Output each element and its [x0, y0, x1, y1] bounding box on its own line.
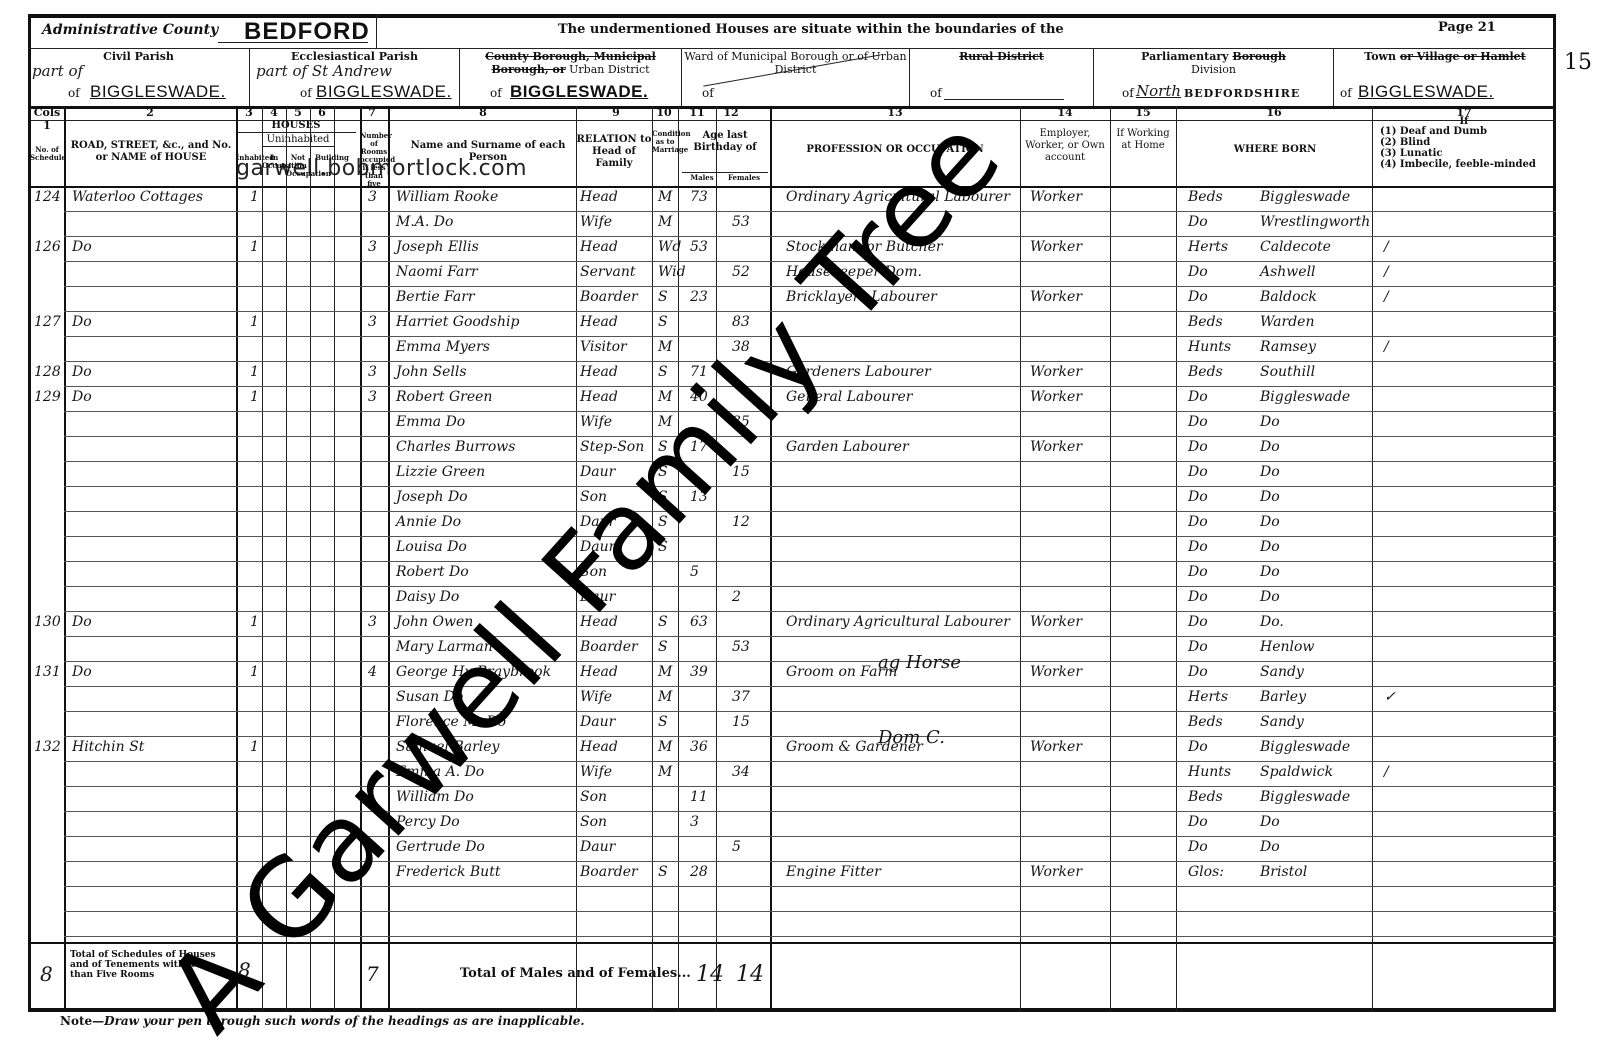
admin-county-box: Administrative County BEDFORD	[28, 14, 377, 48]
infirmity-option: (3) Lunatic	[1380, 148, 1536, 159]
heading-schedule: No. of Schedule	[30, 146, 64, 162]
born-county: Beds	[1188, 364, 1223, 380]
infirmity-mark: /	[1384, 764, 1389, 780]
col-num: 10	[652, 106, 676, 119]
employer-status: Worker	[1030, 364, 1082, 380]
relation: Son	[580, 814, 607, 830]
rooms-count: 3	[368, 189, 377, 205]
marital-condition: M	[658, 189, 672, 205]
heading-uninhabited: Uninhabited	[262, 134, 334, 147]
schedule-no: 126	[34, 239, 61, 255]
col-num: 16	[1176, 106, 1372, 119]
rooms-count: 4	[368, 664, 377, 680]
employer-status: Worker	[1030, 189, 1082, 205]
marital-condition: S	[658, 714, 668, 730]
infirmity-option: (2) Blind	[1380, 137, 1536, 148]
inhabited-count: 1	[250, 614, 259, 630]
urban-district-label-box: County Borough, Municipal Borough, or Ur…	[460, 50, 681, 76]
occupation: Ordinary Agricultural Labourer	[786, 614, 1010, 630]
rural-district-blank	[944, 99, 1064, 100]
table-row: Emma A. DoWifeM34HuntsSpaldwick/	[28, 764, 1556, 789]
person-name: William Rooke	[396, 189, 498, 205]
person-name: Annie Do	[396, 514, 461, 530]
intro-text: The undermentioned Houses are situate wi…	[558, 22, 1064, 37]
of-label: of	[1122, 86, 1134, 100]
male-age: 11	[690, 789, 708, 805]
born-county: Do	[1188, 539, 1208, 555]
age-divider	[682, 172, 768, 173]
born-county: Do	[1188, 489, 1208, 505]
born-county: Herts	[1188, 689, 1228, 705]
person-name: M.A. Do	[396, 214, 453, 230]
note-text: Draw your pen through such words of the …	[104, 1014, 584, 1028]
born-county: Glos:	[1188, 864, 1224, 880]
born-place: Biggleswade	[1260, 389, 1350, 405]
marital-condition: S	[658, 614, 668, 630]
ecclesiastical-parish: Ecclesiastical Parish part of St Andrew …	[250, 48, 460, 106]
female-age: 53	[732, 214, 750, 230]
road-name: Do	[72, 664, 92, 680]
male-age: 53	[690, 239, 708, 255]
born-place: Do	[1260, 514, 1280, 530]
admin-county-label: Administrative County	[42, 22, 218, 38]
col-num: 2	[64, 106, 236, 119]
relation: Head	[580, 389, 618, 405]
col-num: 5	[286, 106, 310, 119]
division-prefix: North	[1136, 82, 1181, 100]
civil-parish: Civil Parish part of of BIGGLESWADE.	[28, 48, 250, 106]
marital-condition: M	[658, 339, 672, 355]
side-folio-number: 15	[1564, 50, 1592, 75]
ward: Ward of Municipal Borough or of Urban Di…	[682, 48, 910, 106]
person-name: Joseph Do	[396, 489, 468, 505]
born-place: Henlow	[1260, 639, 1314, 655]
rural-district: Rural District of	[910, 48, 1094, 106]
civil-parish-prefix: part of	[32, 62, 83, 80]
marital-condition: M	[658, 764, 672, 780]
heading-employer: Employer, Worker, or Own account	[1022, 128, 1108, 164]
infirmity-mark: /	[1384, 339, 1389, 355]
relation: Head	[580, 739, 618, 755]
table-row: Charles BurrowsStep-SonS17Garden Laboure…	[28, 439, 1556, 464]
marital-condition: M	[658, 664, 672, 680]
col-num: 3	[236, 106, 262, 119]
born-county: Beds	[1188, 714, 1223, 730]
town-value: BIGGLESWADE.	[1358, 82, 1494, 102]
born-county: Beds	[1188, 314, 1223, 330]
road-name: Do	[72, 364, 92, 380]
col-num: 6	[310, 106, 334, 119]
born-place: Do	[1260, 839, 1280, 855]
table-row: Lizzie GreenDaurS15DoDo	[28, 464, 1556, 489]
person-name: Lizzie Green	[396, 464, 485, 480]
heading-infirmity: (1) Deaf and Dumb (2) Blind (3) Lunatic …	[1380, 126, 1536, 170]
born-place: Do	[1260, 589, 1280, 605]
total-females: 14	[736, 962, 764, 987]
person-name: Robert Do	[396, 564, 469, 580]
marital-condition: M	[658, 689, 672, 705]
civil-parish-value: BIGGLESWADE.	[90, 82, 226, 102]
born-county: Hunts	[1188, 764, 1231, 780]
relation: Son	[580, 789, 607, 805]
employer-status: Worker	[1030, 864, 1082, 880]
heading-houses: HOUSES	[236, 120, 356, 132]
female-age: 5	[732, 839, 741, 855]
urban-district-label: Urban District	[569, 63, 649, 76]
ecclesiastical-parish-value: BIGGLESWADE.	[316, 82, 452, 102]
born-county: Do	[1188, 739, 1208, 755]
schedule-no: 131	[34, 664, 61, 680]
division-value: BEDFORDSHIRE	[1184, 87, 1300, 100]
born-county: Do	[1188, 264, 1208, 280]
born-place: Bristol	[1260, 864, 1307, 880]
of-label: of	[68, 86, 80, 100]
schedule-no: 124	[34, 189, 61, 205]
houses-divider	[236, 132, 356, 133]
born-county: Do	[1188, 439, 1208, 455]
col-num: 9	[576, 106, 656, 119]
infirmity-mark: /	[1384, 239, 1389, 255]
numbers-divider	[30, 120, 1556, 121]
male-age: 5	[690, 564, 699, 580]
rooms-count: 3	[368, 614, 377, 630]
road-name: Hitchin St	[72, 739, 144, 755]
schedule-no: 129	[34, 389, 61, 405]
born-place: Warden	[1260, 314, 1314, 330]
col-num: Cols 1	[30, 106, 64, 132]
born-place: Do.	[1260, 614, 1284, 630]
born-place: Caldecote	[1260, 239, 1331, 255]
total-schedules: 8	[40, 962, 53, 986]
total-males: 14	[696, 962, 724, 987]
born-county: Do	[1188, 464, 1208, 480]
table-row: Florence M. DoDaurS15BedsSandy	[28, 714, 1556, 739]
relation: Daur	[580, 839, 615, 855]
marital-condition: S	[658, 289, 668, 305]
inhabited-count: 1	[250, 739, 259, 755]
born-place: Wrestlingworth	[1260, 214, 1370, 230]
table-row: 130Do13John OwenHeadS63Ordinary Agricult…	[28, 614, 1556, 639]
born-place: Biggleswade	[1260, 739, 1350, 755]
header-top-row: Administrative County BEDFORD The underm…	[28, 14, 1556, 49]
schedule-no: 128	[34, 364, 61, 380]
born-place: Do	[1260, 814, 1280, 830]
table-row: Mary LarmanBoarderS53DoHenlow	[28, 639, 1556, 664]
parliamentary-division: Parliamentary Borough Division of North …	[1094, 48, 1334, 106]
female-age: 53	[732, 639, 750, 655]
male-age: 28	[690, 864, 708, 880]
female-age: 2	[732, 589, 741, 605]
marital-condition: S	[658, 639, 668, 655]
born-place: Ramsey	[1260, 339, 1316, 355]
employer-status: Worker	[1030, 289, 1082, 305]
rooms-count: 3	[368, 364, 377, 380]
relation: Head	[580, 314, 618, 330]
inhabited-count: 1	[250, 239, 259, 255]
inhabited-count: 1	[250, 364, 259, 380]
inhabited-count: 1	[250, 314, 259, 330]
employer-status: Worker	[1030, 614, 1082, 630]
ecclesiastical-parish-prefix: part of St Andrew	[256, 62, 392, 80]
employer-status: Worker	[1030, 739, 1082, 755]
inhabited-count: 1	[250, 189, 259, 205]
born-county: Do	[1188, 614, 1208, 630]
division-label: Division	[1191, 63, 1236, 76]
rural-district-struck-label: Rural District	[910, 50, 1093, 63]
admin-county-underline	[218, 42, 368, 43]
total-persons-label: Total of Males and of Females...	[460, 966, 691, 981]
rooms-count: 3	[368, 239, 377, 255]
born-place: Southill	[1260, 364, 1315, 380]
marital-condition: S	[658, 364, 668, 380]
table-row: 124Waterloo Cottages13William RookeHeadM…	[28, 189, 1556, 214]
infirmity-mark: /	[1384, 289, 1389, 305]
person-name: John Sells	[396, 364, 467, 380]
footer-note: Note—Draw your pen through such words of…	[60, 1014, 585, 1028]
of-label: of	[490, 86, 502, 100]
heading-where-born: WHERE BORN	[1178, 144, 1372, 156]
born-place: Sandy	[1260, 664, 1304, 680]
person-name: Robert Green	[396, 389, 492, 405]
page-number: Page 21	[1438, 20, 1496, 35]
born-place: Biggleswade	[1260, 789, 1350, 805]
male-age: 73	[690, 189, 708, 205]
table-row: Joseph DoSonS13DoDo	[28, 489, 1556, 514]
table-row: Percy DoSon3DoDo	[28, 814, 1556, 839]
born-county: Do	[1188, 639, 1208, 655]
marital-condition: Wid	[658, 264, 686, 280]
town-struck-label: or Village or Hamlet	[1400, 50, 1526, 63]
born-county: Do	[1188, 814, 1208, 830]
town: Town or Village or Hamlet of BIGGLESWADE…	[1334, 48, 1556, 106]
person-name: Naomi Farr	[396, 264, 478, 280]
born-place: Do	[1260, 464, 1280, 480]
marital-condition: S	[658, 864, 668, 880]
watermark-url: garwell.bobmortlock.com	[236, 156, 527, 181]
note-prefix: Note—	[60, 1014, 104, 1028]
person-name: Bertie Farr	[396, 289, 475, 305]
rooms-count: 3	[368, 389, 377, 405]
relation: Visitor	[580, 339, 627, 355]
person-name: Frederick Butt	[396, 864, 500, 880]
relation: Head	[580, 239, 618, 255]
inhabited-count: 1	[250, 664, 259, 680]
female-age: 37	[732, 689, 750, 705]
table-row: Daisy DoDaur2DoDo	[28, 589, 1556, 614]
marital-condition: M	[658, 739, 672, 755]
born-place: Barley	[1260, 689, 1306, 705]
female-age: 34	[732, 764, 750, 780]
relation: Wife	[580, 414, 612, 430]
infirmity-option: (1) Deaf and Dumb	[1380, 126, 1536, 137]
col-num: 11	[682, 106, 712, 119]
person-name: Harriet Goodship	[396, 314, 519, 330]
heading-condition: Condition as to Marriage	[652, 130, 678, 154]
marital-condition: M	[658, 214, 672, 230]
born-place: Do	[1260, 539, 1280, 555]
col-num: 8	[388, 106, 578, 119]
heading-working-home: If Working at Home	[1112, 128, 1174, 152]
born-place: Spaldwick	[1260, 764, 1333, 780]
of-label: of	[702, 86, 714, 100]
born-place: Ashwell	[1260, 264, 1316, 280]
born-county: Do	[1188, 514, 1208, 530]
marital-condition: Wd	[658, 239, 681, 255]
schedule-no: 132	[34, 739, 61, 755]
born-county: Herts	[1188, 239, 1228, 255]
person-name: Emma Myers	[396, 339, 490, 355]
born-county: Beds	[1188, 789, 1223, 805]
employer-status: Worker	[1030, 439, 1082, 455]
person-name: Joseph Ellis	[396, 239, 479, 255]
heading-age: Age last Birthday of	[682, 130, 768, 154]
relation: Head	[580, 189, 618, 205]
born-place: Do	[1260, 564, 1280, 580]
relation: Wife	[580, 689, 612, 705]
born-place: Do	[1260, 439, 1280, 455]
parliamentary-label-box: Parliamentary Borough Division	[1094, 50, 1333, 76]
born-county: Do	[1188, 589, 1208, 605]
employer-status: Worker	[1030, 239, 1082, 255]
ward-label: Ward of Municipal Borough or of Urban Di…	[682, 50, 909, 76]
male-age: 23	[690, 289, 708, 305]
relation: Wife	[580, 214, 612, 230]
born-county: Do	[1188, 564, 1208, 580]
occupation-annotation: ag Horse	[878, 652, 961, 673]
male-age: 3	[690, 814, 699, 830]
schedule-no: 127	[34, 314, 61, 330]
relation: Head	[580, 364, 618, 380]
road-name: Do	[72, 314, 92, 330]
inhabited-count: 1	[250, 389, 259, 405]
col-num: 4	[262, 106, 286, 119]
table-row: Louisa DoDaurSDoDo	[28, 539, 1556, 564]
rooms-count: 3	[368, 314, 377, 330]
relation: Boarder	[580, 864, 638, 880]
employer-status: Worker	[1030, 389, 1082, 405]
heading-relation: RELATION to Head of Family	[576, 134, 652, 170]
table-row: Robert DoSon5DoDo	[28, 564, 1556, 589]
urban-district: County Borough, Municipal Borough, or Ur…	[460, 48, 682, 106]
parliamentary-struck-label: Borough	[1232, 50, 1285, 63]
born-county: Do	[1188, 214, 1208, 230]
col-num: 13	[770, 106, 1020, 119]
parliamentary-label: Parliamentary	[1141, 50, 1228, 63]
total-rooms: 7	[366, 962, 379, 986]
col-num: 15	[1110, 106, 1176, 119]
infirmity-mark: ✓	[1384, 689, 1396, 705]
town-label: Town	[1364, 50, 1396, 63]
male-age: 39	[690, 664, 708, 680]
col-num: 7	[360, 106, 384, 119]
of-label: of	[1340, 86, 1352, 100]
person-name: Charles Burrows	[396, 439, 515, 455]
occupation-annotation: Dom C.	[878, 727, 945, 748]
born-place: Do	[1260, 489, 1280, 505]
born-place: Do	[1260, 414, 1280, 430]
road-name: Do	[72, 239, 92, 255]
male-age: 36	[690, 739, 708, 755]
born-county: Do	[1188, 389, 1208, 405]
town-label-box: Town or Village or Hamlet	[1334, 50, 1556, 63]
born-place: Biggleswade	[1260, 189, 1350, 205]
table-row: William DoSon11BedsBiggleswade	[28, 789, 1556, 814]
relation: Wife	[580, 764, 612, 780]
female-age: 12	[732, 514, 750, 530]
col-num: 12	[716, 106, 746, 119]
table-row: M.A. DoWifeM53DoWrestlingworth	[28, 214, 1556, 239]
born-county: Do	[1188, 839, 1208, 855]
road-name: Do	[72, 389, 92, 405]
employer-status: Worker	[1030, 664, 1082, 680]
infirmity-option: (4) Imbecile, feeble-minded	[1380, 159, 1536, 170]
infirmity-mark: /	[1384, 264, 1389, 280]
born-county: Do	[1188, 414, 1208, 430]
heading-females: Females	[722, 174, 766, 182]
relation: Daur	[580, 714, 615, 730]
table-row: Susan DoWifeM37HertsBarley✓	[28, 689, 1556, 714]
born-place: Baldock	[1260, 289, 1317, 305]
road-name: Waterloo Cottages	[72, 189, 203, 205]
occupation: Engine Fitter	[786, 864, 881, 880]
col-num: 14	[1020, 106, 1110, 119]
table-row: Annie DoDaurS12DoDo	[28, 514, 1556, 539]
born-place: Sandy	[1260, 714, 1304, 730]
road-name: Do	[72, 614, 92, 630]
relation: Boarder	[580, 289, 638, 305]
occupation: Garden Labourer	[786, 439, 909, 455]
born-county: Hunts	[1188, 339, 1231, 355]
marital-condition: S	[658, 314, 668, 330]
male-age: 63	[690, 614, 708, 630]
person-name: Louisa Do	[396, 539, 467, 555]
table-row: 132Hitchin St1Samuel BarleyHeadM36Groom …	[28, 739, 1556, 764]
person-name: Daisy Do	[396, 589, 459, 605]
table-row: 131Do14George Hy BraybrookHeadM39Groom o…	[28, 664, 1556, 689]
of-label: of	[300, 86, 312, 100]
female-age: 52	[732, 264, 750, 280]
born-county: Beds	[1188, 189, 1223, 205]
jurisdiction-row: Civil Parish part of of BIGGLESWADE. Ecc…	[28, 48, 1556, 109]
female-age: 15	[732, 714, 750, 730]
born-county: Do	[1188, 664, 1208, 680]
person-name: Emma Do	[396, 414, 465, 430]
schedule-no: 130	[34, 614, 61, 630]
born-county: Do	[1188, 289, 1208, 305]
relation: Servant	[580, 264, 635, 280]
heading-road: ROAD, STREET, &c., and No. or NAME of HO…	[68, 140, 234, 164]
urban-district-value: BIGGLESWADE.	[510, 82, 648, 102]
